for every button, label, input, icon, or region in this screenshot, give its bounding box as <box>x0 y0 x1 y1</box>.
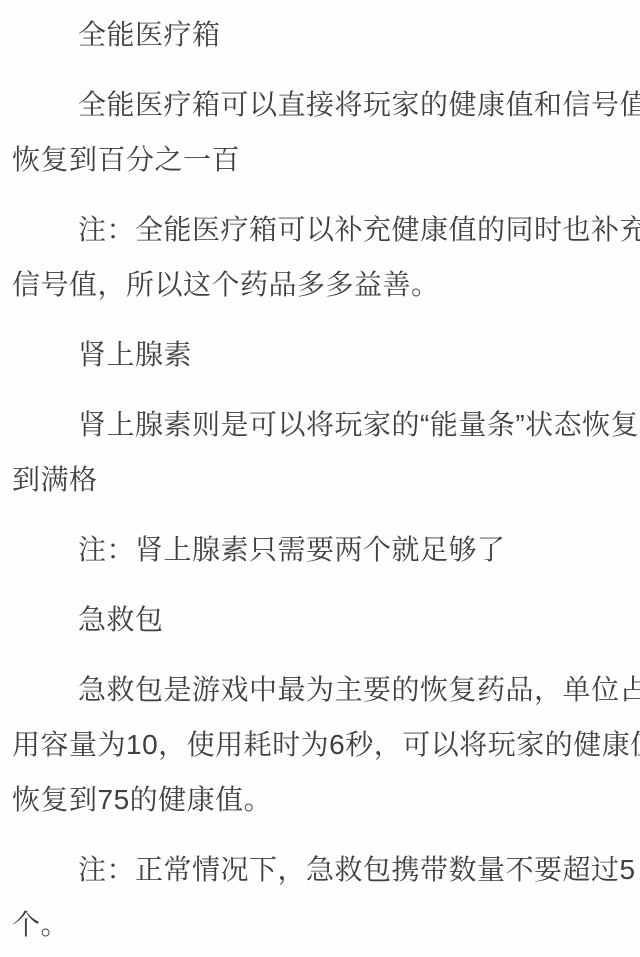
para-first-aid-kit-description: 急救包是游戏中最为主要的恢复药品，单位占 用容量为10，使用耗时为6秒，可以将玩… <box>12 662 636 827</box>
text-line: 恢复到75的健康值。 <box>12 772 636 827</box>
text-line: 肾上腺素则是可以将玩家的“能量条”状态恢复 <box>12 397 636 452</box>
text-line: 个。 <box>12 897 636 952</box>
text-line: 注：正常情况下，急救包携带数量不要超过5 <box>12 842 636 897</box>
heading-universal-medkit: 全能医疗箱 <box>12 7 636 62</box>
text-line: 恢复到百分之一百 <box>12 132 636 187</box>
para-adrenaline-note: 注：肾上腺素只需要两个就足够了 <box>12 522 636 577</box>
text-line: 全能医疗箱 <box>12 7 636 62</box>
text-line: 注：肾上腺素只需要两个就足够了 <box>12 522 636 577</box>
para-first-aid-kit-note: 注：正常情况下，急救包携带数量不要超过5 个。 <box>12 842 636 952</box>
text-line: 全能医疗箱可以直接将玩家的健康值和信号值 <box>12 77 636 132</box>
heading-adrenaline: 肾上腺素 <box>12 327 636 382</box>
text-line: 用容量为10，使用耗时为6秒，可以将玩家的健康值 <box>12 717 636 772</box>
text-line: 急救包 <box>12 592 636 647</box>
para-adrenaline-description: 肾上腺素则是可以将玩家的“能量条”状态恢复 到满格 <box>12 397 636 507</box>
text-line: 肾上腺素 <box>12 327 636 382</box>
para-medkit-note: 注：全能医疗箱可以补充健康值的同时也补充 信号值，所以这个药品多多益善。 <box>12 202 636 312</box>
text-line: 信号值，所以这个药品多多益善。 <box>12 257 636 312</box>
text-line: 急救包是游戏中最为主要的恢复药品，单位占 <box>12 662 636 717</box>
para-medkit-description: 全能医疗箱可以直接将玩家的健康值和信号值 恢复到百分之一百 <box>12 77 636 187</box>
text-line: 到满格 <box>12 452 636 507</box>
text-line: 注：全能医疗箱可以补充健康值的同时也补充 <box>12 202 636 257</box>
heading-first-aid-kit: 急救包 <box>12 592 636 647</box>
article-body: 全能医疗箱 全能医疗箱可以直接将玩家的健康值和信号值 恢复到百分之一百 注：全能… <box>0 0 640 957</box>
